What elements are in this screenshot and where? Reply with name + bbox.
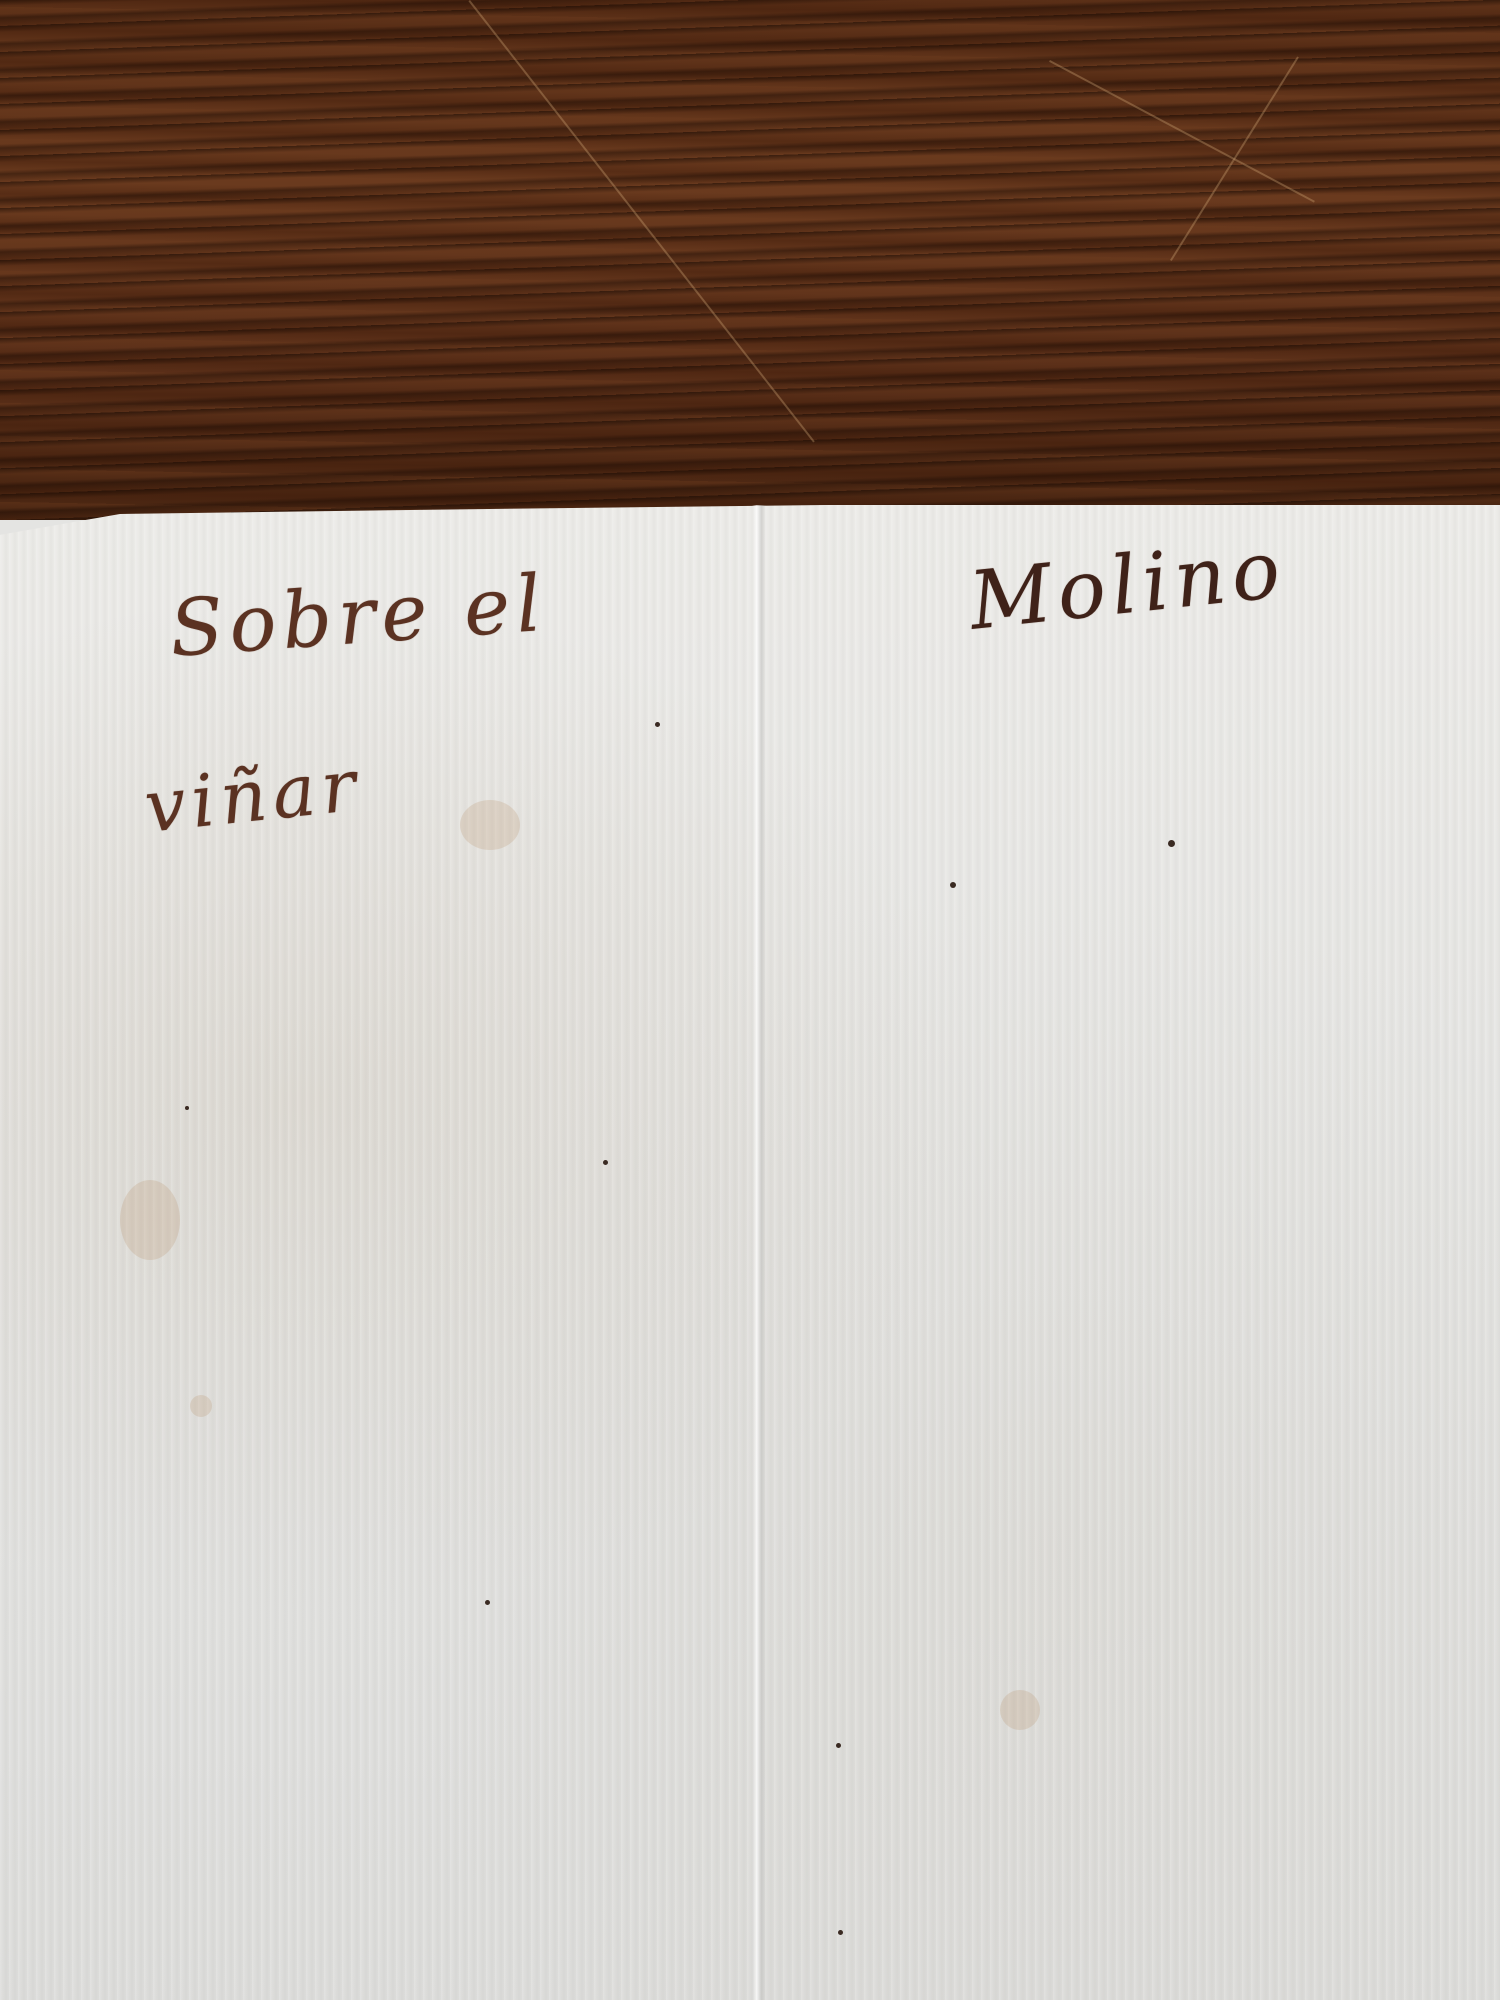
- wooden-table-surface: [0, 0, 1500, 520]
- ink-dot: [185, 1106, 189, 1110]
- paper-stain: [1000, 1690, 1040, 1730]
- paper-stain: [190, 1395, 212, 1417]
- ink-dot: [950, 882, 956, 888]
- ink-dot: [603, 1160, 608, 1165]
- ink-dot: [1168, 840, 1175, 847]
- ink-dot: [485, 1600, 490, 1605]
- paper-stain: [120, 1180, 180, 1260]
- wood-scratch: [468, 0, 814, 443]
- ink-dot: [836, 1743, 841, 1748]
- ink-dot: [838, 1930, 843, 1935]
- ink-dot: [655, 722, 660, 727]
- wood-scratch: [1049, 60, 1315, 203]
- paper-stain: [460, 800, 520, 850]
- document-paper: [0, 505, 1500, 2000]
- paper-fold-line: [752, 505, 766, 2000]
